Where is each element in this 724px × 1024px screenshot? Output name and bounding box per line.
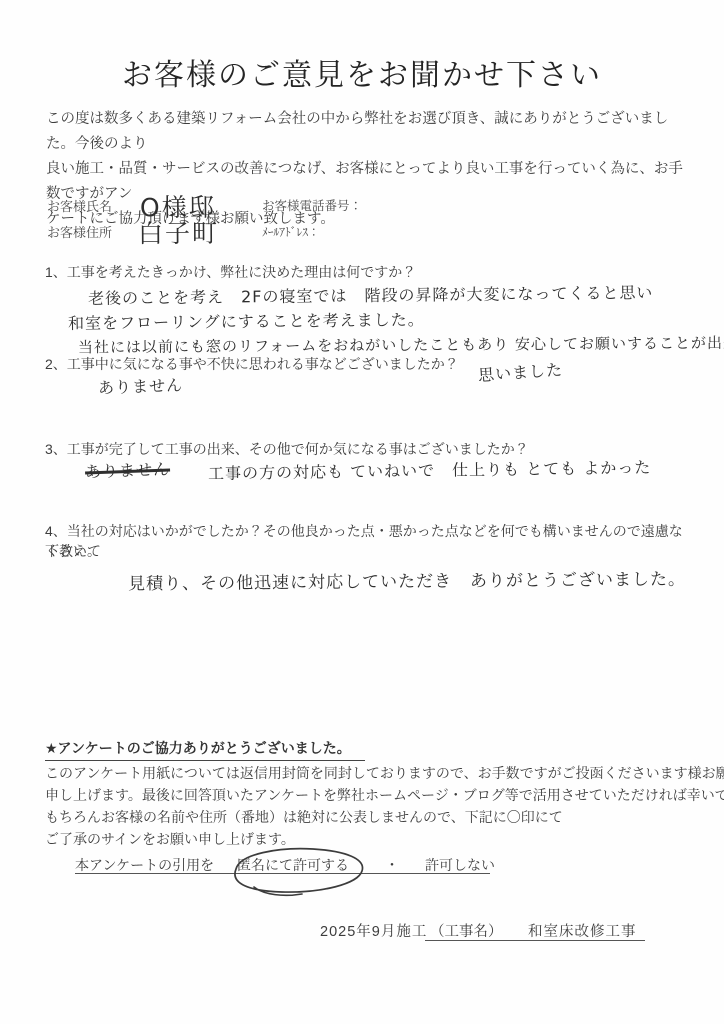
question-3-answer-struck: ありません <box>85 457 171 483</box>
project-name-underline <box>425 940 645 941</box>
page-title: お客様のご意見をお聞かせ下さい <box>0 50 724 94</box>
quote-option-deny: 許可しない <box>425 855 495 875</box>
intro-line: この度は数多くある建築リフォーム会社の中から弊社をお選び頂き、誠にありがとうござ… <box>46 107 686 157</box>
question-2-label: 2、工事中に気になる事や不快に思われる事などございましたか？ <box>45 354 459 374</box>
footer-line: もちろんお客様の名前や住所（番地）は絶対に公表しませんので、下記に〇印にて <box>45 806 693 828</box>
footer-line: このアンケート用紙については返信用封筒を同封しておりますので、お手数ですがご投函… <box>45 762 693 784</box>
question-4-answer: 見積り、その他迅速に対応していただき ありがとうございました。 <box>128 565 686 595</box>
project-name-value: 和室床改修工事 <box>528 920 637 941</box>
footer-line: 申し上げます。最後に回答頂いたアンケートを弊社ホームページ・ブログ等で活用させて… <box>45 784 693 806</box>
project-name-label: （工事名） <box>430 920 503 941</box>
question-1-answer-line1: 老後のことを考え 2Fの寝室では 階段の昇降が大変になってくると思い <box>88 280 654 309</box>
questionnaire-scan: お客様のご意見をお聞かせ下さい この度は数多くある建築リフォーム会社の中から弊社… <box>0 0 724 1024</box>
customer-email-label: ﾒｰﾙｱﾄﾞﾚｽ： <box>262 224 320 240</box>
question-1-answer-line2: 和室をフローリングにすることを考えました。 <box>68 307 425 334</box>
construction-date: 2025年9月施工 <box>320 920 427 941</box>
quote-prefix: 本アンケートの引用を <box>75 855 214 875</box>
customer-address-value: 白子町 <box>138 214 219 250</box>
customer-name-label: お客様氏名 <box>47 196 112 215</box>
question-1-answer-line4: 思いました <box>477 357 563 386</box>
question-1-label: 1、工事を考えたきっかけ、弊社に決めた理由は何ですか？ <box>45 262 416 282</box>
question-3-label: 3、工事が完了して工事の出来、その他で何か気になる事はございましたか？ <box>45 439 529 459</box>
customer-phone-label: お客様電話番号： <box>262 196 362 214</box>
question-3-answer: 工事の方の対応も ていねいで 仕上りも とても よかった <box>208 455 652 484</box>
quote-option-separator: ・ <box>385 855 399 875</box>
handdrawn-selection-circle-icon <box>220 843 370 897</box>
footer-paragraph: このアンケート用紙については返信用封筒を同封しておりますので、お手数ですがご投函… <box>45 762 693 850</box>
customer-address-label: お客様住所 <box>47 222 112 241</box>
question-4-label: 4、当社の対応はいかがでしたか？その他良かった点・悪かった点などを何でも構いませ… <box>45 521 685 561</box>
thanks-heading: ★アンケートのご協力ありがとうございました。 <box>45 738 365 761</box>
question-4-label-line2: 下さい。 <box>45 541 101 561</box>
question-2-answer: ありません <box>98 373 184 399</box>
